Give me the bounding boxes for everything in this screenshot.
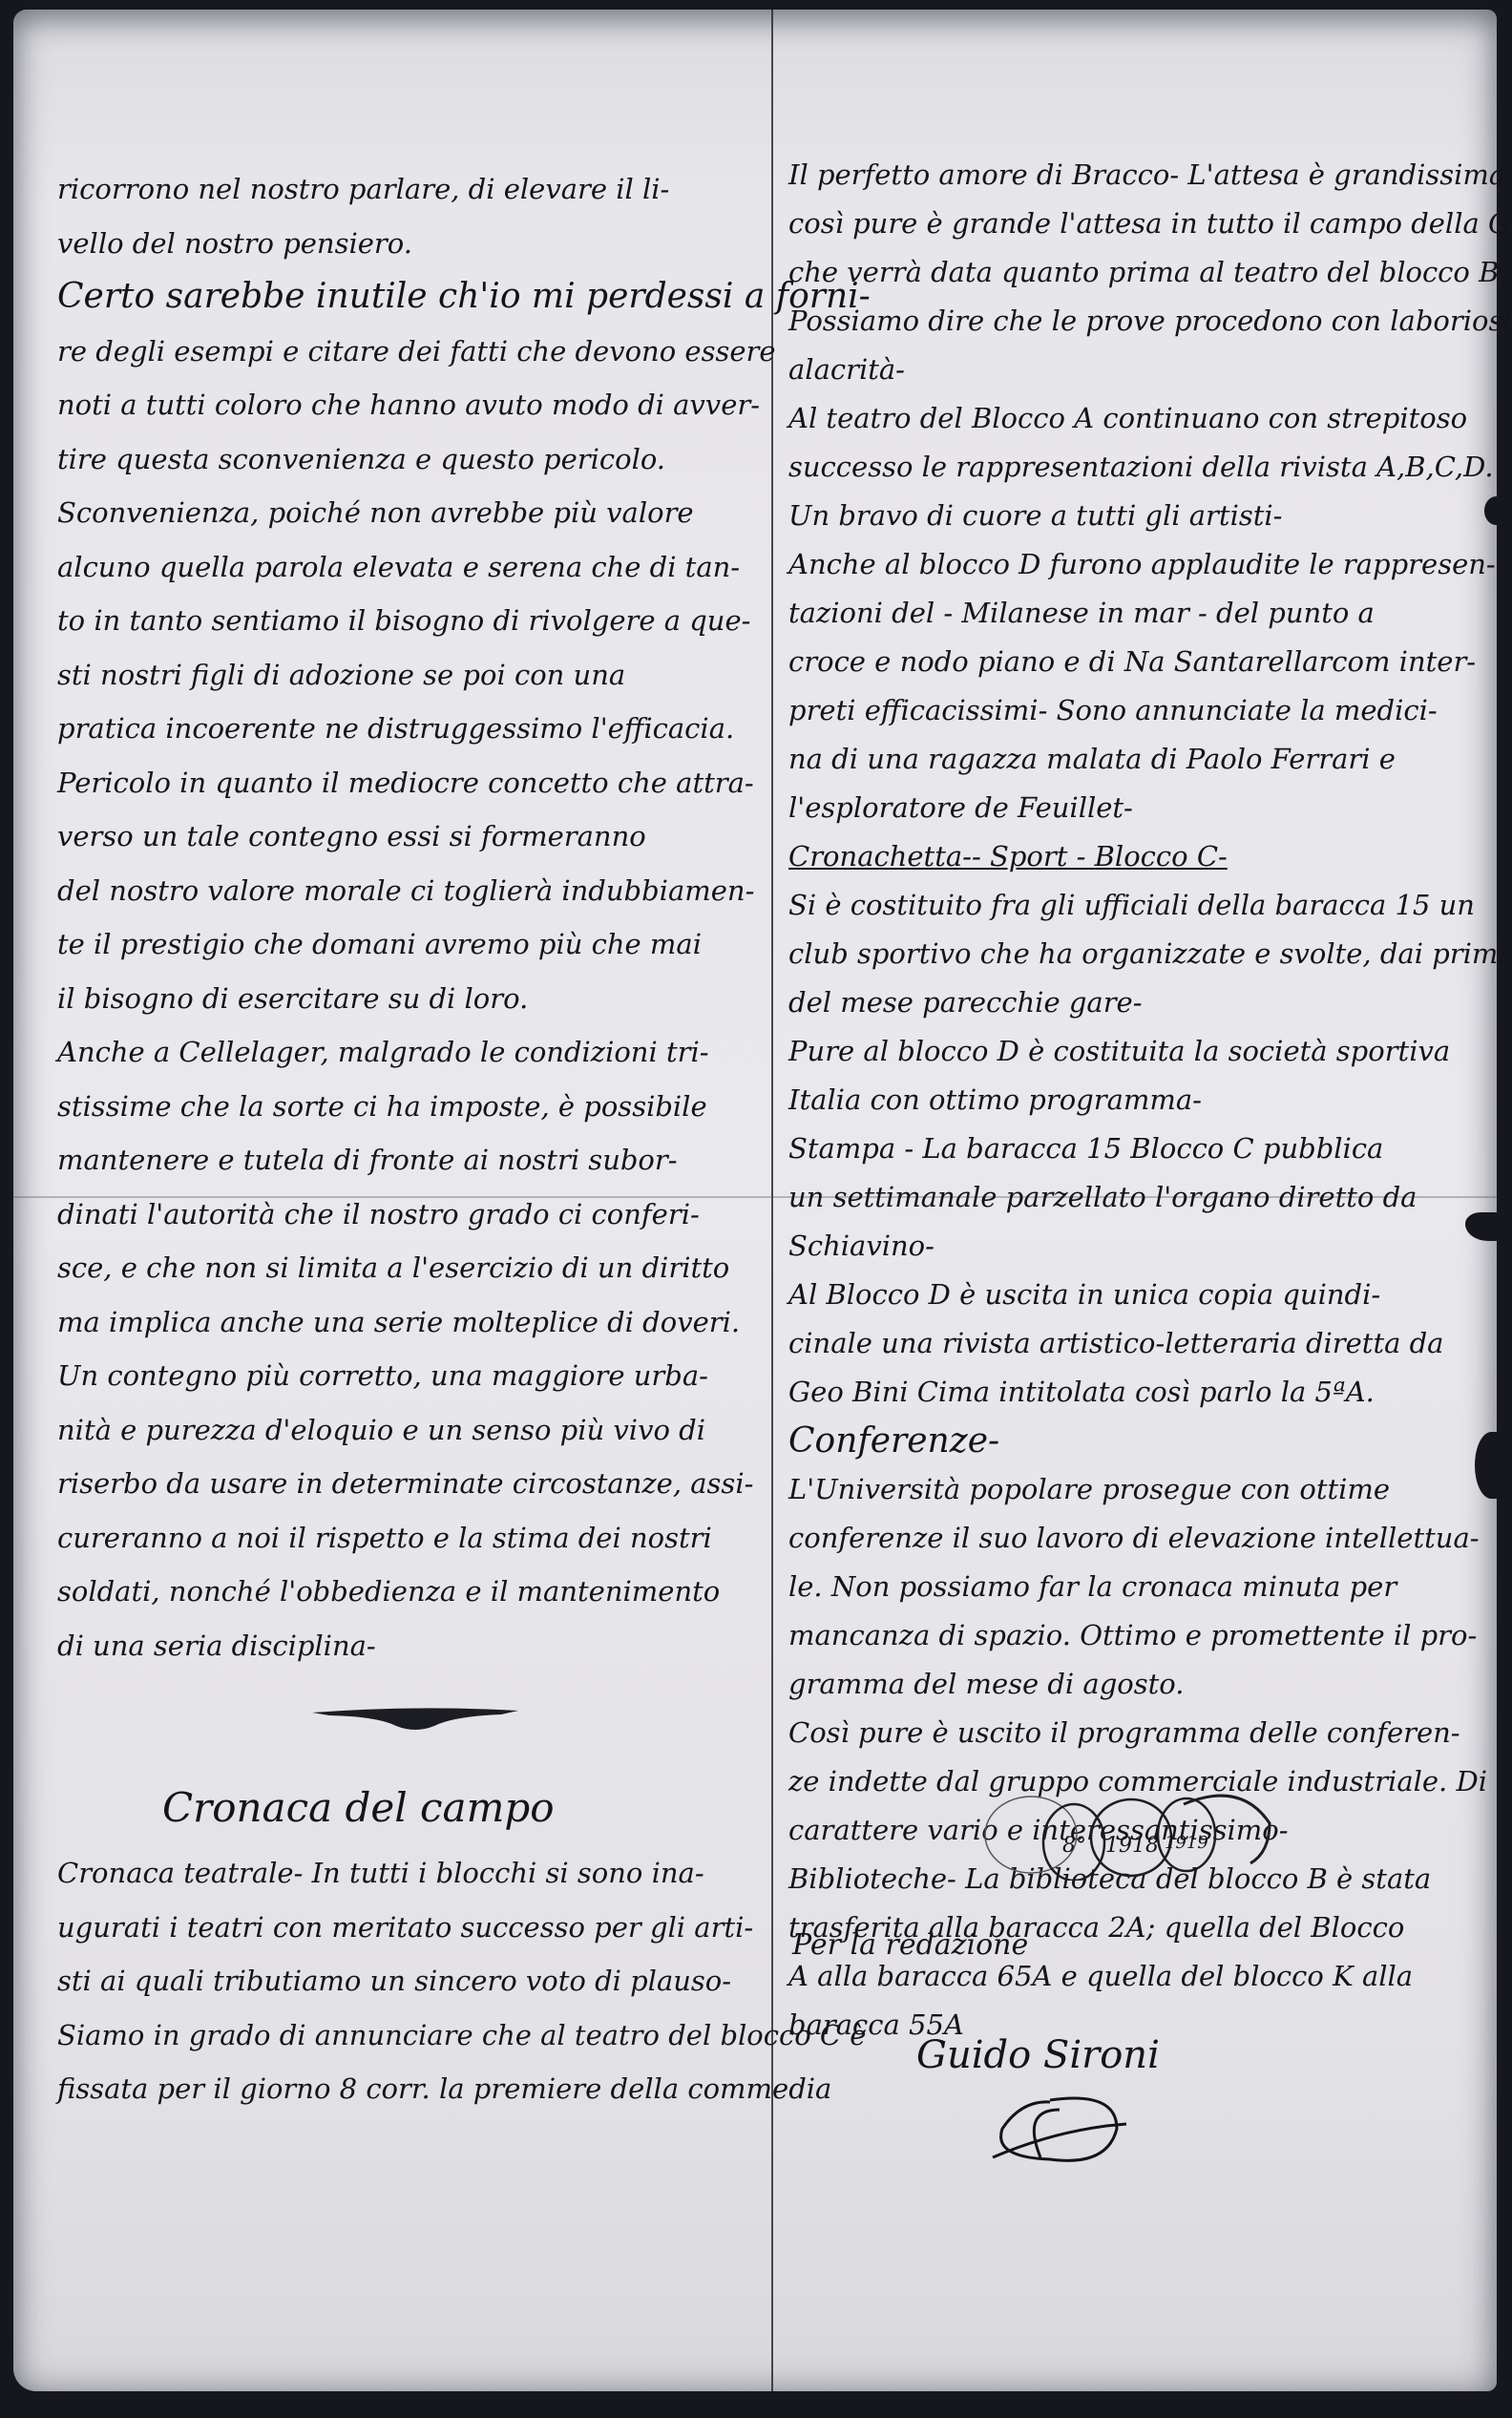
text-line: alcuno quella parola elevata e serena ch… [57, 540, 759, 595]
text-line: pratica incoerente ne distruggessimo l'e… [57, 702, 759, 756]
text-line: Pericolo in quanto il mediocre concetto … [57, 756, 759, 810]
text-line: Il perfetto amore di Bracco- L'attesa è … [788, 151, 1485, 200]
text-line: re degli esempi e citare dei fatti che d… [57, 325, 759, 379]
text-line: Italia con ottimo programma- [788, 1076, 1485, 1125]
text-line: vello del nostro pensiero. [57, 217, 759, 271]
tear-mark [1484, 496, 1508, 525]
text-line: noti a tutti coloro che hanno avuto modo… [57, 378, 759, 432]
text-line: tire questa sconvenienza e questo perico… [57, 432, 759, 487]
text-line: Cronaca teatrale- In tutti i blocchi si … [57, 1846, 759, 1901]
text-line: Stampa - La baracca 15 Blocco C pubblica [788, 1125, 1485, 1173]
signature: Guido Sironi [916, 2033, 1160, 2077]
svg-text:1918: 1918 [1105, 1834, 1159, 1858]
subsection-heading: Conferenze- [788, 1417, 1485, 1465]
text-line: di una seria disciplina- [57, 1619, 759, 1673]
text-line: Così pure è uscito il programma delle co… [788, 1709, 1485, 1757]
text-line: conferenze il suo lavoro di elevazione i… [788, 1514, 1485, 1563]
text-line: Schiavino- [788, 1222, 1485, 1271]
text-line: Un bravo di cuore a tutti gli artisti- [788, 492, 1485, 540]
text-line: Siamo in grado di annunciare che al teat… [57, 2008, 759, 2063]
svg-text:8°: 8° [1062, 1834, 1086, 1858]
divider-ornament-icon [310, 1707, 520, 1732]
text-line: na di una ragazza malata di Paolo Ferrar… [788, 735, 1485, 784]
text-line: il bisogno di esercitare su di loro. [57, 972, 759, 1026]
text-line: Possiamo dire che le prove procedono con… [788, 297, 1485, 346]
text-line: le. Non possiamo far la cronaca minuta p… [788, 1563, 1485, 1611]
section-title: Cronaca del campo [57, 1770, 759, 1846]
text-line: dinati l'autorità che il nostro grado ci… [57, 1188, 759, 1242]
text-line: croce e nodo piano e di Na Santarellarco… [788, 638, 1485, 686]
text-line: riserbo da usare in determinate circosta… [57, 1457, 759, 1511]
text-line: tazioni del - Milanese in mar - del punt… [788, 589, 1485, 638]
text-line: ugurati i teatri con meritato successo p… [57, 1901, 759, 1955]
svg-text:1919: 1919 [1165, 1833, 1208, 1853]
text-line: verso un tale contegno essi si formerann… [57, 810, 759, 864]
text-line: Anche a Cellelager, malgrado le condizio… [57, 1025, 759, 1080]
text-line: Al Blocco D è uscita in unica copia quin… [788, 1271, 1485, 1319]
text-line: così pure è grande l'attesa in tutto il … [788, 200, 1485, 248]
text-line: stissime che la sorte ci ha imposte, è p… [57, 1080, 759, 1134]
text-line: gramma del mese di agosto. [788, 1660, 1485, 1709]
text-line: mantenere e tutela di fronte ai nostri s… [57, 1133, 759, 1188]
text-line: del nostro valore morale ci toglierà ind… [57, 864, 759, 918]
text-line: del mese parecchie gare- [788, 978, 1485, 1027]
text-line: sti nostri figli di adozione se poi con … [57, 648, 759, 703]
text-line: Pure al blocco D è costituita la società… [788, 1027, 1485, 1076]
text-line: ricorrono nel nostro parlare, di elevare… [57, 162, 759, 217]
right-column: Il perfetto amore di Bracco- L'attesa è … [788, 151, 1485, 2050]
text-line: preti efficacissimi- Sono annunciate la … [788, 686, 1485, 735]
text-line: L'Università popolare prosegue con ottim… [788, 1465, 1485, 1514]
text-line: Sconvenienza, poiché non avrebbe più val… [57, 486, 759, 540]
left-column: ricorrono nel nostro parlare, di elevare… [57, 162, 759, 2116]
date-stamp-icon: 8° 1918 1919 [964, 1776, 1279, 1881]
text-line: fissata per il giorno 8 corr. la premier… [57, 2062, 759, 2116]
text-line: cureranno a noi il rispetto e la stima d… [57, 1511, 759, 1566]
text-line: cinale una rivista artistico-letteraria … [788, 1319, 1485, 1368]
text-line: mancanza di spazio. Ottimo e promettente… [788, 1611, 1485, 1660]
closing-line: Per la redazione [792, 1928, 1028, 1962]
text-line: Anche al blocco D furono applaudite le r… [788, 540, 1485, 589]
text-line: Certo sarebbe inutile ch'io mi perdessi … [57, 270, 759, 325]
text-line: l'esploratore de Feuillet- [788, 784, 1485, 832]
text-line: Un contegno più corretto, una maggiore u… [57, 1349, 759, 1403]
text-line: Al teatro del Blocco A continuano con st… [788, 394, 1485, 443]
text-line: club sportivo che ha organizzate e svolt… [788, 930, 1485, 978]
text-line: successo le rappresentazioni della rivis… [788, 443, 1485, 492]
signature-flourish-icon [983, 2091, 1145, 2167]
text-line: te il prestigio che domani avremo più ch… [57, 917, 759, 972]
text-line: un settimanale parzellato l'organo diret… [788, 1173, 1485, 1222]
text-line: to in tanto sentiamo il bisogno di rivol… [57, 594, 759, 648]
subsection-heading: Cronachetta-- Sport - Blocco C- [788, 832, 1485, 881]
text-line: Si è costituito fra gli ufficiali della … [788, 881, 1485, 930]
text-line: che verrà data quanto prima al teatro de… [788, 248, 1485, 297]
text-line: alacrità- [788, 346, 1485, 394]
text-line: sti ai quali tributiamo un sincero voto … [57, 1954, 759, 2008]
text-line: ma implica anche una serie molteplice di… [57, 1295, 759, 1350]
text-line: soldati, nonché l'obbedienza e il manten… [57, 1565, 759, 1619]
text-line: Geo Bini Cima intitolata così parlo la 5… [788, 1368, 1485, 1417]
text-line: nità e purezza d'eloquio e un senso più … [57, 1403, 759, 1458]
text-line: sce, e che non si limita a l'esercizio d… [57, 1241, 759, 1295]
